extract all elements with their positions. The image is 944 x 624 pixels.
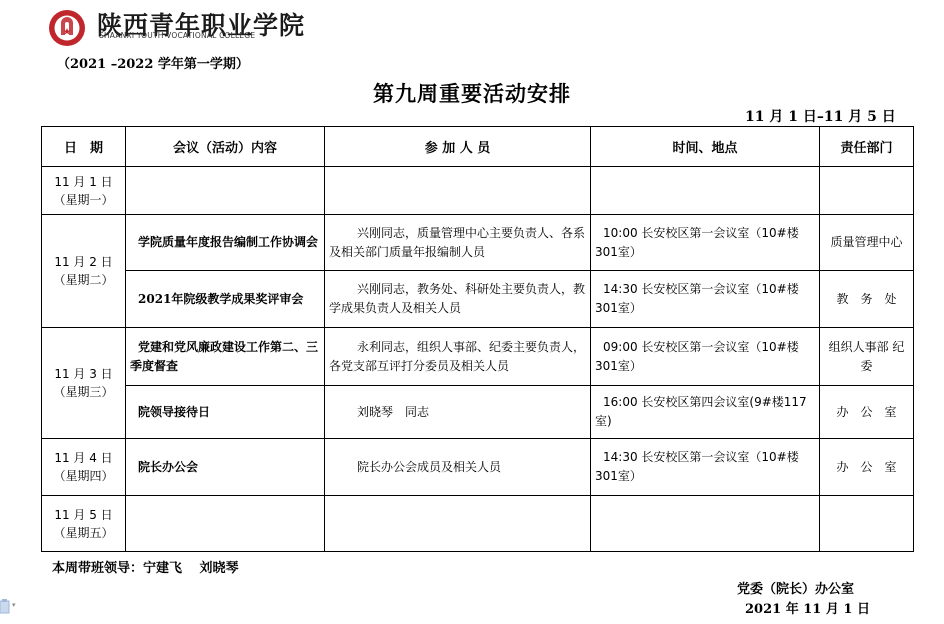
header-participants: 参 加 人 员 <box>325 127 591 167</box>
header-date: 日 期 <box>42 127 126 167</box>
header-dept: 责任部门 <box>820 127 914 167</box>
activity-text: 院领导接待日 <box>138 405 210 419</box>
participants-cell <box>325 496 591 552</box>
date-cell: 11 月 3 日 （星期三） <box>42 328 126 439</box>
dept-cell: 组织人事部 纪 委 <box>820 328 914 386</box>
page-title: 第九周重要活动安排 <box>0 78 944 108</box>
weekday-text: （星期一） <box>46 191 121 209</box>
time-place-cell: 10:00 长安校区第一会议室（10#楼301室） <box>591 215 820 271</box>
participants-text: 院长办公会成员及相关人员 <box>357 460 501 474</box>
participants-cell <box>325 167 591 215</box>
activity-cell: 2021年院级教学成果奖评审会 <box>126 271 325 328</box>
header-activity: 会议（活动）内容 <box>126 127 325 167</box>
activity-text: 党建和党风廉政建设工作第二、三季度督查 <box>130 340 318 373</box>
dept-cell: 办 公 室 <box>820 439 914 496</box>
date-range: 11 月 1 日–11 月 5 日 <box>745 106 896 126</box>
table-row: 院领导接待日 刘晓琴 同志 16:00 长安校区第四会议室(9#楼117室) 办… <box>42 386 914 439</box>
weekday-text: （星期三） <box>46 383 121 401</box>
dept-cell <box>820 167 914 215</box>
weekday-text: （星期二） <box>46 271 121 289</box>
time-place-cell: 09:00 长安校区第一会议室（10#楼301室） <box>591 328 820 386</box>
activity-cell: 院长办公会 <box>126 439 325 496</box>
participants-cell: 刘晓琴 同志 <box>325 386 591 439</box>
date-text: 11 月 2 日 <box>46 253 121 271</box>
table-row: 11 月 4 日 （星期四） 院长办公会 院长办公会成员及相关人员 14:30 … <box>42 439 914 496</box>
time-place-text: 16:00 长安校区第四会议室(9#楼117室) <box>595 395 807 428</box>
participants-text: 永利同志，组织人事部、纪委主要负责人，各党支部互评打分委员及相关人员 <box>329 340 585 373</box>
issue-date: 2021 年 11 月 1 日 <box>745 598 870 617</box>
time-place-text: 09:00 长安校区第一会议室（10#楼301室） <box>595 340 799 373</box>
date-text: 11 月 3 日 <box>46 365 121 383</box>
time-place-cell <box>591 167 820 215</box>
activity-cell: 党建和党风廉政建设工作第二、三季度督查 <box>126 328 325 386</box>
duty-leaders: 本周带班领导：宁建飞 刘晓琴 <box>52 557 239 576</box>
table-header-row: 日 期 会议（活动）内容 参 加 人 员 时间、地点 责任部门 <box>42 127 914 167</box>
activity-text: 2021年院级教学成果奖评审会 <box>138 292 303 306</box>
time-place-text: 10:00 长安校区第一会议室（10#楼301室） <box>595 226 799 259</box>
dept-cell: 教 务 处 <box>820 271 914 328</box>
weekday-text: （星期五） <box>46 524 121 542</box>
date-text: 11 月 4 日 <box>46 449 121 467</box>
semester-label: （2021 –2022 学年第一学期） <box>57 53 249 72</box>
time-place-text: 14:30 长安校区第一会议室（10#楼301室） <box>595 282 799 315</box>
table-row: 11 月 1 日 （星期一） <box>42 167 914 215</box>
participants-text: 刘晓琴 同志 <box>357 405 429 419</box>
time-place-cell <box>591 496 820 552</box>
participants-cell: 院长办公会成员及相关人员 <box>325 439 591 496</box>
date-text: 11 月 1 日 <box>46 173 121 191</box>
brand-name-en: SHAANXI YOUTH VOCATIONAL COLLEGE <box>99 31 255 40</box>
time-place-text: 14:30 长安校区第一会议室（10#楼301室） <box>595 450 799 483</box>
table-row: 2021年院级教学成果奖评审会 兴刚同志，教务处、科研处主要负责人，教学成果负责… <box>42 271 914 328</box>
activity-text: 院长办公会 <box>138 460 198 474</box>
dept-cell: 办 公 室 <box>820 386 914 439</box>
participants-cell: 兴刚同志，教务处、科研处主要负责人，教学成果负责人及相关人员 <box>325 271 591 328</box>
participants-text: 兴刚同志，教务处、科研处主要负责人，教学成果负责人及相关人员 <box>329 282 585 315</box>
schedule-table: 日 期 会议（活动）内容 参 加 人 员 时间、地点 责任部门 11 月 1 日… <box>41 126 914 552</box>
college-seal-icon <box>47 8 93 48</box>
time-place-cell: 14:30 长安校区第一会议室（10#楼301室） <box>591 439 820 496</box>
activity-cell <box>126 167 325 215</box>
weekday-text: （星期四） <box>46 467 121 485</box>
date-cell: 11 月 4 日 （星期四） <box>42 439 126 496</box>
dept-cell <box>820 496 914 552</box>
table-row: 11 月 3 日 （星期三） 党建和党风廉政建设工作第二、三季度督查 永利同志，… <box>42 328 914 386</box>
participants-text: 兴刚同志，质量管理中心主要负责人、各系及相关部门质量年报编制人员 <box>329 226 585 259</box>
date-cell: 11 月 5 日 （星期五） <box>42 496 126 552</box>
dept-cell: 质量管理中心 <box>820 215 914 271</box>
header-time-place: 时间、地点 <box>591 127 820 167</box>
participants-cell: 永利同志，组织人事部、纪委主要负责人，各党支部互评打分委员及相关人员 <box>325 328 591 386</box>
activity-cell <box>126 496 325 552</box>
date-text: 11 月 5 日 <box>46 506 121 524</box>
time-place-cell: 16:00 长安校区第四会议室(9#楼117室) <box>591 386 820 439</box>
activity-cell: 院领导接待日 <box>126 386 325 439</box>
issuing-office: 党委（院长）办公室 <box>737 578 854 597</box>
participants-cell: 兴刚同志，质量管理中心主要负责人、各系及相关部门质量年报编制人员 <box>325 215 591 271</box>
paste-options-arrow-icon[interactable]: ▾ <box>12 601 16 609</box>
date-cell: 11 月 2 日 （星期二） <box>42 215 126 328</box>
activity-text: 学院质量年度报告编制工作协调会 <box>138 235 318 249</box>
table-row: 11 月 5 日 （星期五） <box>42 496 914 552</box>
table-row: 11 月 2 日 （星期二） 学院质量年度报告编制工作协调会 兴刚同志，质量管理… <box>42 215 914 271</box>
time-place-cell: 14:30 长安校区第一会议室（10#楼301室） <box>591 271 820 328</box>
date-cell: 11 月 1 日 （星期一） <box>42 167 126 215</box>
activity-cell: 学院质量年度报告编制工作协调会 <box>126 215 325 271</box>
